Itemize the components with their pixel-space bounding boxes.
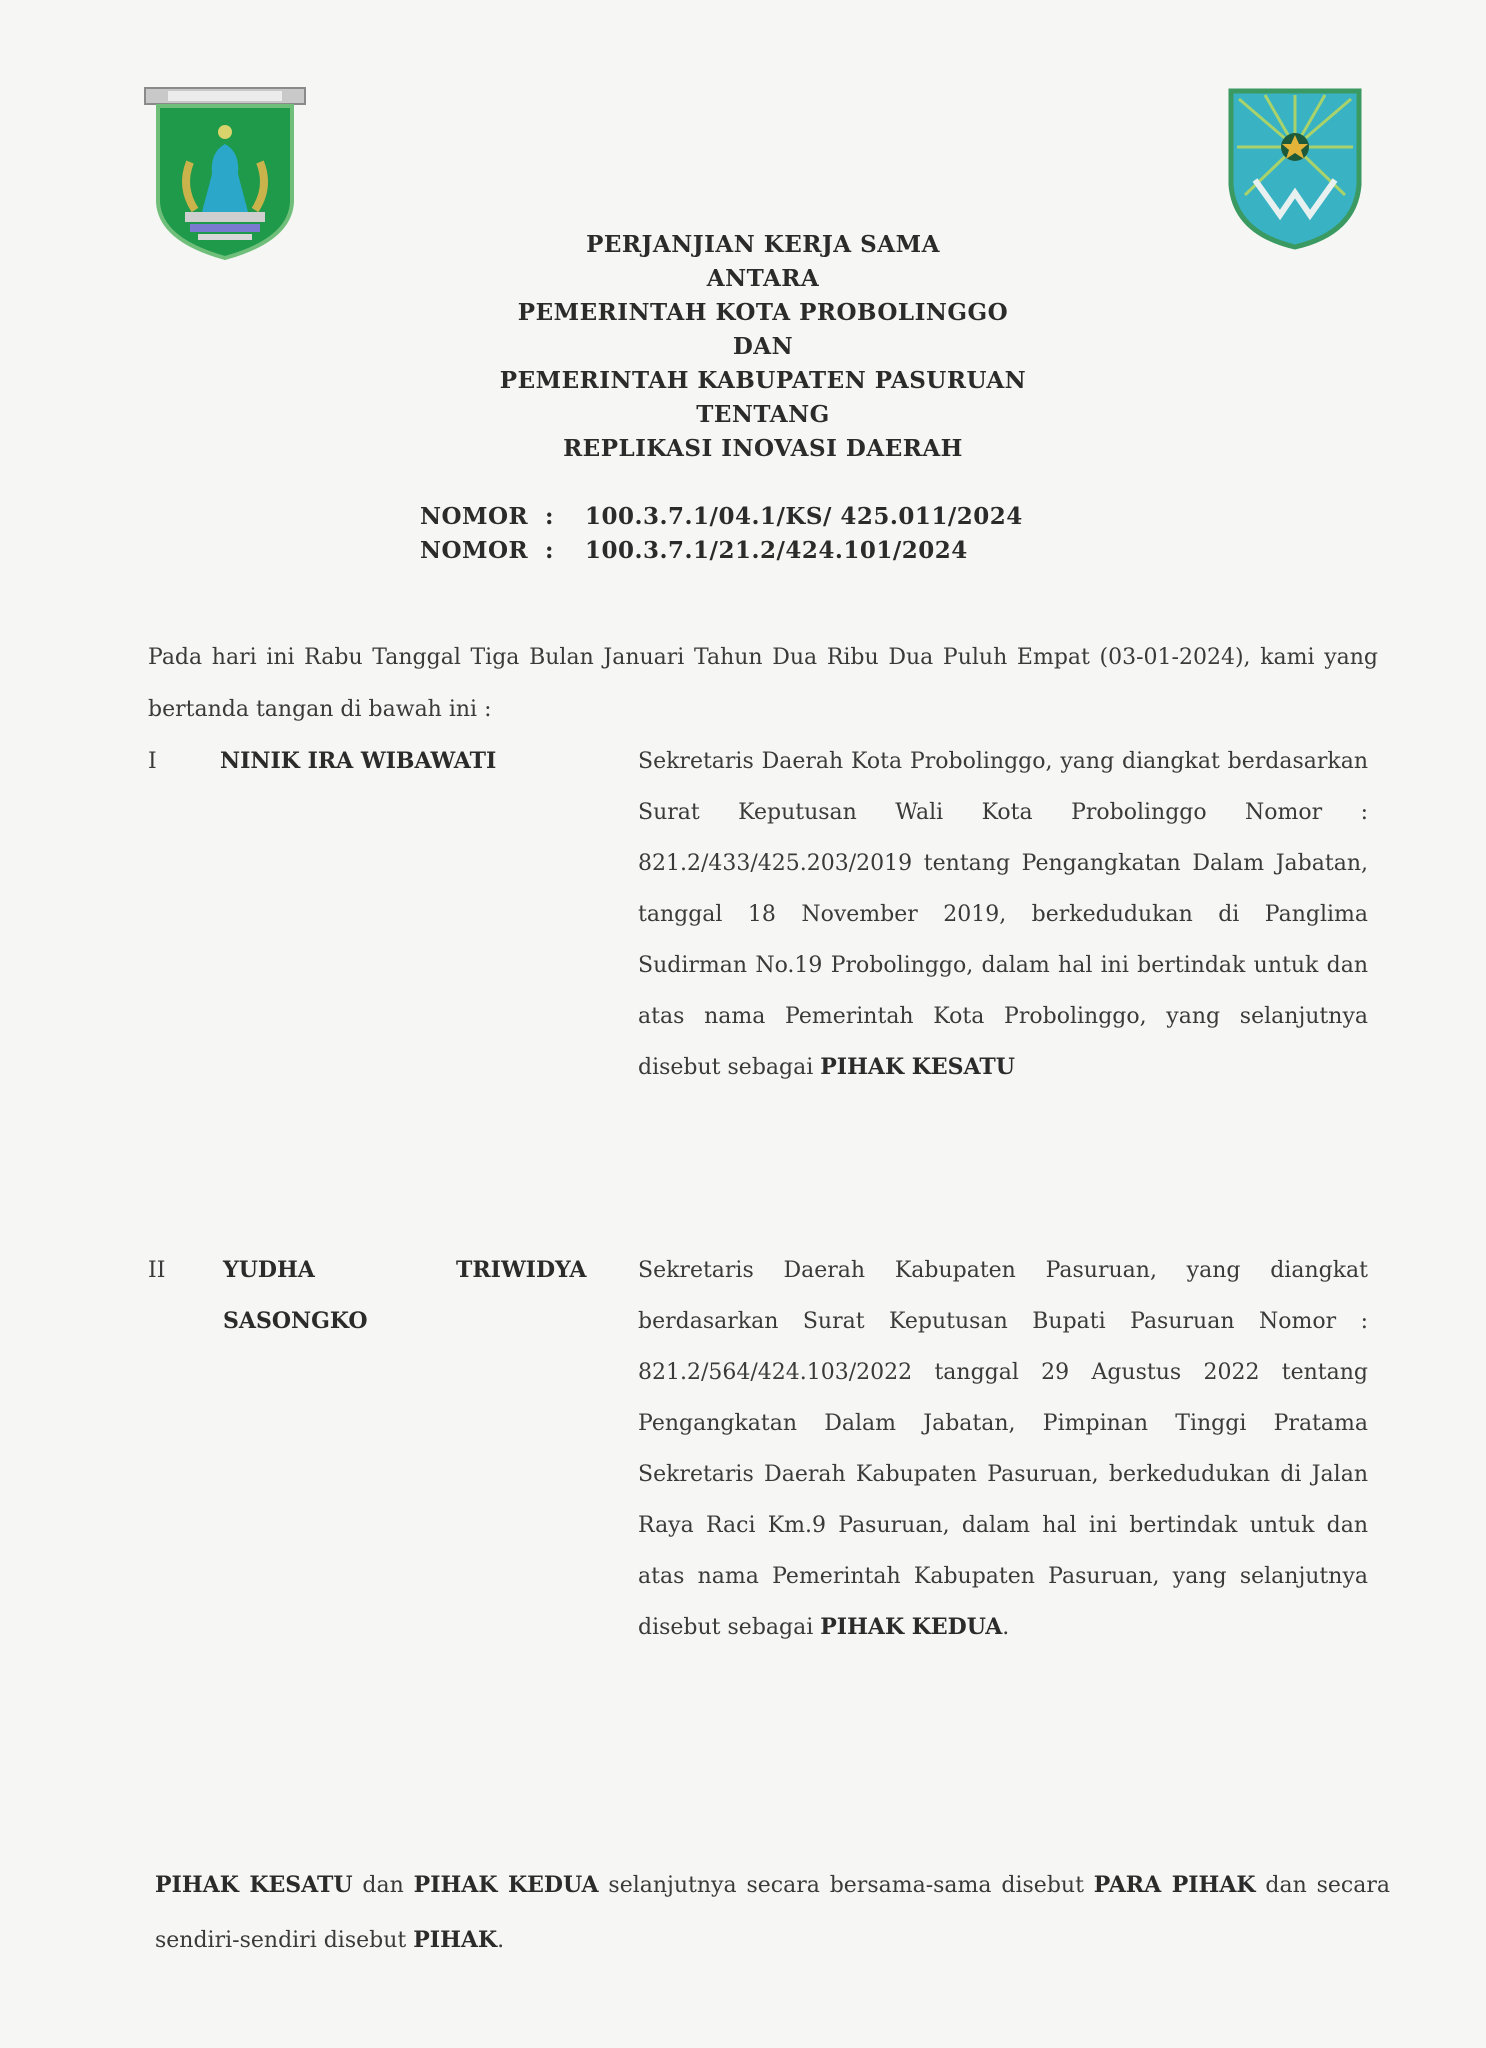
party-description: Sekretaris Daerah Kota Probolinggo, yang… [638,736,1368,1093]
agreement-title: PERJANJIAN KERJA SAMA ANTARA PEMERINTAH … [0,228,1486,466]
party-number: I [148,736,157,787]
party-description-text: Sekretaris Daerah Kota Probolinggo, yang… [638,749,1368,1080]
kabupaten-pasuruan-emblem-icon [1225,85,1365,250]
nomor-colon: : [545,534,585,568]
title-line: PERJANJIAN KERJA SAMA [20,228,1486,262]
closing-text: selanjutnya secara bersama-sama disebut [599,1873,1094,1898]
document-numbers: NOMOR : 100.3.7.1/04.1/KS/ 425.011/2024 … [420,500,1023,568]
party-number: II [148,1245,165,1296]
title-line: ANTARA [20,262,1486,296]
document-page: PERJANJIAN KERJA SAMA ANTARA PEMERINTAH … [0,0,1486,2048]
party-name: NINIK IRA WIBAWATI [220,736,496,787]
nomor-label: NOMOR [420,500,545,534]
nomor-label: NOMOR [420,534,545,568]
nomor-row: NOMOR : 100.3.7.1/21.2/424.101/2024 [420,534,1023,568]
title-line: REPLIKASI INOVASI DAERAH [20,432,1486,466]
title-line: DAN [20,330,1486,364]
party-two-term: PIHAK KEDUA [414,1872,599,1898]
pihak-term: PIHAK [413,1927,497,1953]
party-description-text: Sekretaris Daerah Kabupaten Pasuruan, ya… [638,1258,1368,1640]
nomor-value: 100.3.7.1/04.1/KS/ 425.011/2024 [585,500,1023,534]
party-name-part: TRIWIDYA [456,1245,586,1296]
nomor-value: 100.3.7.1/21.2/424.101/2024 [585,534,968,568]
title-line: PEMERINTAH KOTA PROBOLINGGO [20,296,1486,330]
nomor-row: NOMOR : 100.3.7.1/04.1/KS/ 425.011/2024 [420,500,1023,534]
closing-text: . [497,1928,504,1953]
closing-text: dan [353,1873,414,1898]
party-designation: PIHAK KESATU [820,1054,1015,1080]
title-line: TENTANG [20,398,1486,432]
party-one-term: PIHAK KESATU [155,1872,353,1898]
closing-paragraph: PIHAK KESATU dan PIHAK KEDUA selanjutnya… [155,1858,1390,1968]
nomor-colon: : [545,500,585,534]
party-designation: PIHAK KEDUA [820,1614,1002,1640]
party-designation-suffix: . [1002,1615,1009,1640]
party-name-part: YUDHA [223,1245,315,1296]
intro-paragraph: Pada hari ini Rabu Tanggal Tiga Bulan Ja… [148,632,1378,736]
party-name-part: SASONGKO [223,1296,368,1347]
title-line: PEMERINTAH KABUPATEN PASURUAN [20,364,1486,398]
para-pihak-term: PARA PIHAK [1094,1872,1256,1898]
party-description: Sekretaris Daerah Kabupaten Pasuruan, ya… [638,1245,1368,1653]
